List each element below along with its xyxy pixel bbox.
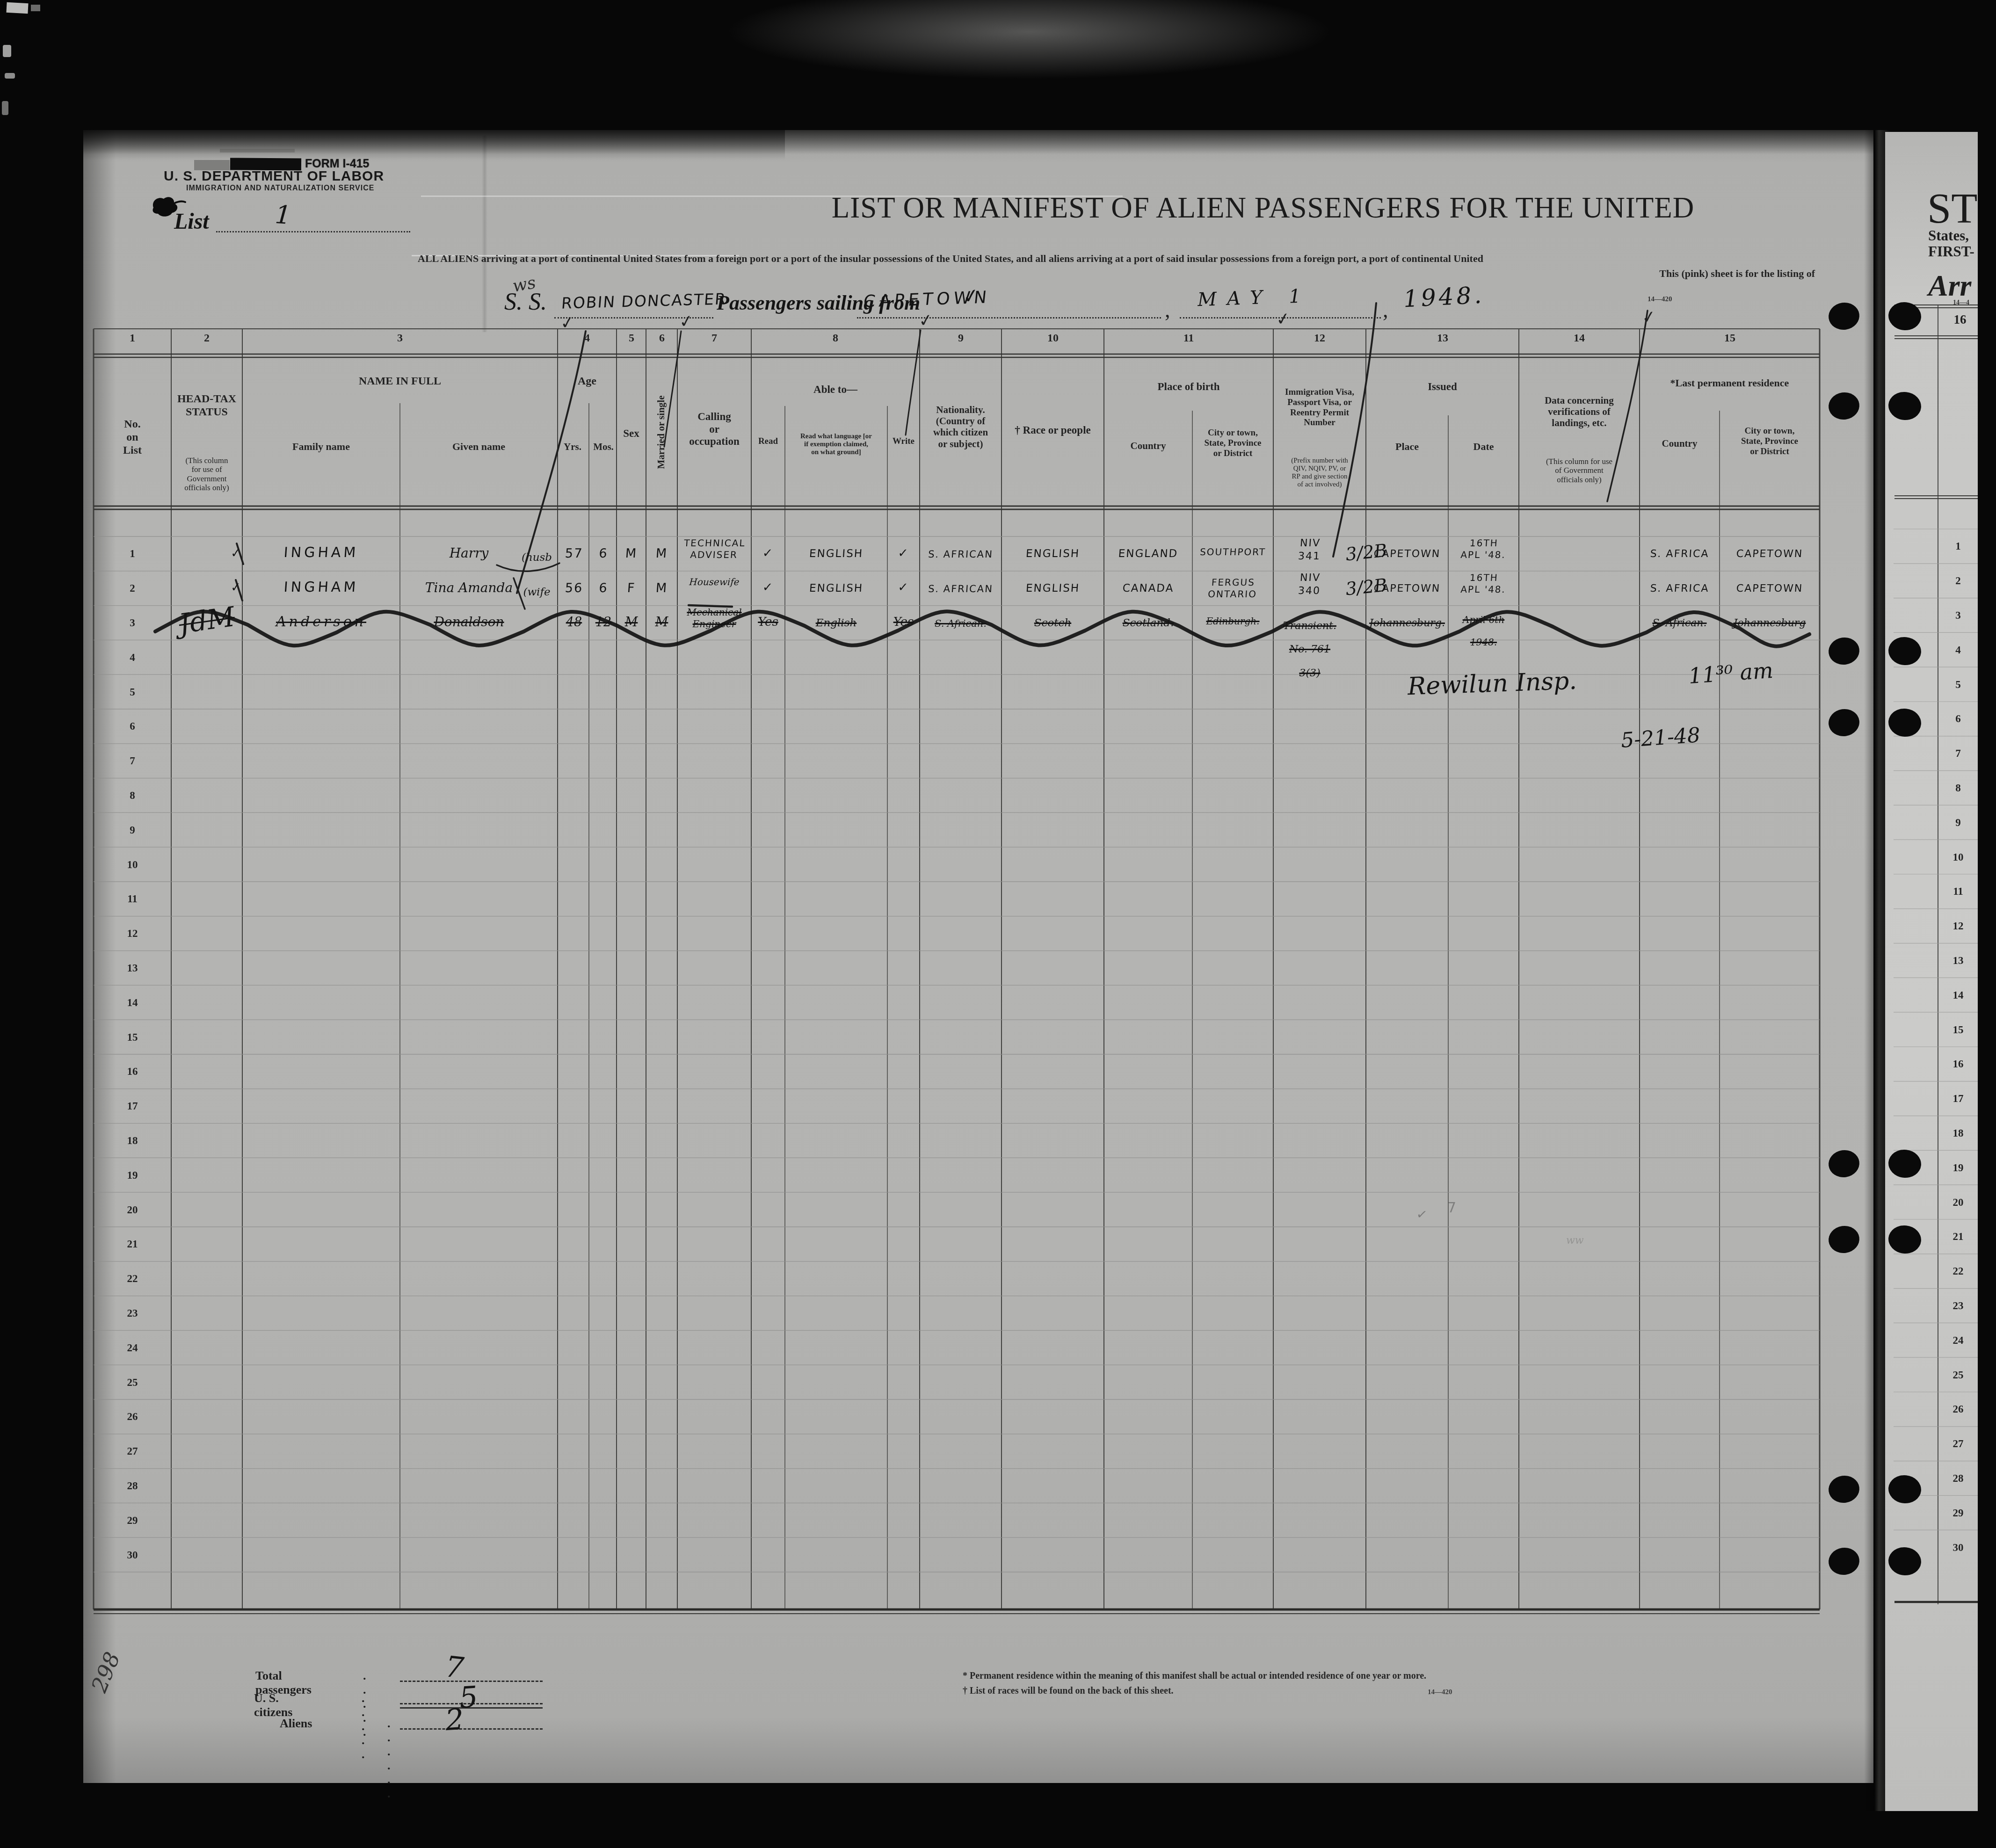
- row-number-left-26: 26: [104, 1411, 160, 1423]
- column-number-10: 10: [1025, 332, 1081, 345]
- header-col-4-title: Age: [558, 375, 617, 388]
- row-number-right-26: 26: [1941, 1403, 1975, 1415]
- column-number-6: 6: [634, 332, 690, 345]
- passenger-2-mos: 6: [590, 581, 617, 595]
- header-col-6-title: Married or single: [655, 371, 667, 493]
- header-col-12-title: Immigration Visa, Passport Visa, or Reen…: [1273, 387, 1366, 428]
- row-number-right-4: 4: [1941, 644, 1975, 656]
- row-number-left-30: 30: [104, 1549, 160, 1561]
- row-number-left-3: 3: [104, 617, 160, 629]
- passenger-1-issued_date: 16TH APL '48.: [1447, 537, 1519, 561]
- row-number-left-18: 18: [104, 1135, 160, 1147]
- row-number-left-28: 28: [104, 1480, 160, 1492]
- row-number-left-27: 27: [104, 1445, 160, 1457]
- row-number-right-16: 16: [1941, 1058, 1975, 1070]
- footnote-2: † List of races will be found on the bac…: [963, 1686, 1174, 1696]
- row-number-right-12: 12: [1941, 920, 1975, 932]
- passenger-3-race: Scotch: [1002, 617, 1104, 629]
- passenger-3-res_city: Johannesburg: [1720, 617, 1820, 629]
- row-number-right-15: 15: [1941, 1024, 1975, 1036]
- passenger-1-language: ENGLISH: [784, 548, 888, 560]
- row-number-left-25: 25: [104, 1377, 160, 1389]
- passenger-3-language: English: [785, 617, 887, 629]
- row-number-left-7: 7: [104, 755, 160, 767]
- row-number-right-25: 25: [1941, 1369, 1975, 1381]
- column-number-8: 8: [807, 332, 864, 345]
- passenger-3-family: Anderson: [242, 614, 400, 630]
- column-number-2: 2: [179, 332, 235, 345]
- row-number-right-30: 30: [1941, 1542, 1975, 1554]
- row-number-right-19: 19: [1941, 1162, 1975, 1174]
- faint-mark-check: ✓: [1415, 1206, 1430, 1223]
- inspector-note-time: 11³⁰ am: [1664, 656, 1797, 690]
- footnote-1: * Permanent residence within the meaning…: [963, 1671, 1426, 1681]
- header-col-8-sub-2: Write: [885, 436, 922, 447]
- passenger-3-headtax: JdM: [169, 600, 244, 641]
- passenger-1-family: INGHAM: [242, 545, 400, 561]
- header-col-15-sub-1: City or town, State, Province or Distric…: [1720, 426, 1820, 457]
- column-number-12: 12: [1292, 332, 1348, 345]
- row-number-right-10: 10: [1941, 851, 1975, 863]
- header-col-5-title: Sex: [608, 428, 654, 440]
- totals-dots-2: . . . . . .: [387, 1717, 393, 1801]
- row-number-left-11: 11: [104, 893, 160, 905]
- row-number-left-21: 21: [104, 1238, 160, 1250]
- passenger-3-issued_date: April 6th 1948.: [1448, 609, 1519, 653]
- row-number-right-6: 6: [1941, 713, 1975, 725]
- passenger-3-issued_place: Johannesburg.: [1366, 617, 1448, 629]
- passenger-2-sex: F: [616, 581, 646, 595]
- column-number-15: 15: [1702, 332, 1758, 345]
- row-number-left-15: 15: [104, 1031, 160, 1044]
- header-col-12-sub: (Prefix number with QIV, NQIV, PV, or RP…: [1268, 457, 1372, 489]
- passenger-3-res_country: S. African.: [1640, 617, 1720, 629]
- passenger-1-res_city: CAPETOWN: [1719, 548, 1820, 560]
- header-col-15-sub-0: Country: [1640, 438, 1720, 449]
- passenger-2-race: ENGLISH: [1001, 582, 1104, 594]
- passenger-3-read: Yes: [751, 616, 785, 630]
- passenger-1-calling: TECHNICAL ADVISER: [676, 537, 752, 561]
- passenger-2-birth_city: FERGUS ONTARIO: [1191, 577, 1274, 600]
- header-col-11-sub-0: Country: [1104, 440, 1192, 451]
- row-number-right-1: 1: [1941, 540, 1975, 552]
- passenger-2-yrs: 56: [557, 581, 591, 595]
- passenger-1-married: M: [646, 546, 678, 561]
- row-number-left-10: 10: [104, 859, 160, 871]
- row-number-right-3: 3: [1941, 609, 1975, 622]
- header-col-4-sub-1: Mos.: [588, 441, 619, 452]
- passenger-2-issued_place: CAPETOWN: [1365, 583, 1449, 594]
- row-number-left-22: 22: [104, 1273, 160, 1285]
- inspector-note-name: Rewilun Insp.: [1337, 665, 1647, 703]
- row-number-left-2: 2: [104, 582, 160, 594]
- passenger-2-res_country: S. AFRICA: [1639, 583, 1720, 594]
- passenger-2-nationality: S. AFRICAN: [919, 583, 1002, 594]
- header-col-4-sub-0: Yrs.: [555, 441, 590, 452]
- passenger-1-write: ✓: [887, 547, 920, 561]
- header-col-11-sub-1: City or town, State, Province or Distric…: [1192, 428, 1273, 459]
- header-col-3-sub-1: Given name: [400, 441, 558, 452]
- passenger-3-married: M: [646, 615, 677, 630]
- header-col-7-title: Calling or occupation: [677, 411, 751, 448]
- row-number-left-17: 17: [104, 1100, 160, 1112]
- column-number-1: 1: [104, 332, 160, 345]
- passenger-1-race: ENGLISH: [1001, 548, 1104, 560]
- column-number-14: 14: [1551, 332, 1607, 345]
- header-col-14-title: Data concerning verifications of landing…: [1519, 395, 1640, 428]
- passenger-1-yrs: 57: [557, 546, 591, 561]
- header-col-14-sub: (This column for use of Government offic…: [1513, 457, 1645, 485]
- row-number-left-13: 13: [104, 962, 160, 974]
- header-col-8-sub-0: Read: [748, 436, 788, 447]
- passenger-3-visa: Transient. No. 761 3(3): [1273, 615, 1346, 686]
- column-number-9: 9: [933, 332, 989, 345]
- header-col-15-title: *Last permanent residence: [1640, 377, 1820, 389]
- column-number-3: 3: [372, 332, 428, 345]
- row-number-right-28: 28: [1941, 1472, 1975, 1485]
- header-col-10-title: † Race or people: [1002, 424, 1104, 436]
- scanned-manifest-page: FORM I-415 U. S. DEPARTMENT OF LABOR IMM…: [0, 0, 1996, 1848]
- header-col-1-title: No. on List: [94, 418, 171, 457]
- header-checkmark: ✓: [917, 310, 935, 331]
- header-col-8-title: Able to—: [751, 384, 920, 396]
- row-number-right-24: 24: [1941, 1334, 1975, 1347]
- row-number-right-5: 5: [1941, 679, 1975, 691]
- header-checkmark: ✓: [1640, 307, 1658, 328]
- column-number-11: 11: [1161, 332, 1217, 345]
- row-number-right-9: 9: [1941, 817, 1975, 829]
- header-checkmark: ✓: [559, 312, 577, 333]
- passenger-1-read: ✓: [751, 547, 785, 561]
- row-number-left-29: 29: [104, 1515, 160, 1527]
- row-number-right-7: 7: [1941, 747, 1975, 760]
- totals-label-2: Aliens: [280, 1717, 312, 1731]
- row-number-left-8: 8: [104, 790, 160, 802]
- row-number-right-18: 18: [1941, 1127, 1975, 1139]
- passenger-3-mos: 12: [590, 615, 617, 630]
- passenger-1-nationality: S. AFRICAN: [919, 549, 1002, 560]
- totals-line-2: [400, 1727, 543, 1730]
- passenger-3-yrs: 48: [558, 615, 590, 630]
- column-number-13: 13: [1415, 332, 1471, 345]
- header-col-11-title: Place of birth: [1104, 381, 1273, 393]
- faint-mark-seven: 7: [1447, 1200, 1457, 1216]
- row-number-right-20: 20: [1941, 1196, 1975, 1209]
- header-col-8-sub-1: Read what language [or if exemption clai…: [785, 433, 887, 457]
- row-number-right-11: 11: [1941, 885, 1975, 898]
- header-col-3-sub-0: Family name: [242, 441, 400, 452]
- row-number-right-17: 17: [1941, 1093, 1975, 1105]
- totals-dots-1: . . . . .: [362, 1691, 368, 1761]
- totals-value-2: 2: [444, 1702, 465, 1738]
- passenger-2-issued_date: 16TH APL '48.: [1447, 572, 1519, 595]
- passenger-2-write: ✓: [887, 581, 920, 595]
- header-col-3-title: NAME IN FULL: [242, 375, 558, 388]
- inspector-note-date: 5-21-48: [1590, 721, 1732, 755]
- passenger-2-language: ENGLISH: [784, 582, 888, 594]
- row-number-right-14: 14: [1941, 989, 1975, 1001]
- row-number-left-20: 20: [104, 1204, 160, 1216]
- passenger-3-write: Yes: [887, 616, 920, 630]
- row-number-left-16: 16: [104, 1065, 160, 1078]
- row-number-left-12: 12: [104, 928, 160, 940]
- passenger-2-family: INGHAM: [242, 580, 400, 596]
- faint-mark-scribble: ww: [1566, 1235, 1584, 1246]
- passenger-3-nationality: S. African.: [920, 618, 1002, 629]
- row-number-left-9: 9: [104, 824, 160, 836]
- header-col-13-sub-1: Date: [1448, 441, 1519, 452]
- passenger-1-birth_country: ENGLAND: [1103, 548, 1193, 560]
- totals-label-1: U. S. citizens: [254, 1691, 292, 1719]
- passenger-1-res_country: S. AFRICA: [1639, 548, 1720, 560]
- passenger-2-res_city: CAPETOWN: [1719, 583, 1820, 594]
- row-number-left-1: 1: [104, 548, 160, 560]
- row-number-left-24: 24: [104, 1342, 160, 1354]
- passenger-2-married: M: [646, 581, 678, 595]
- row-number-left-6: 6: [104, 720, 160, 732]
- passenger-3-calling: Mechanical Engineer: [677, 607, 751, 630]
- row-number-right-2: 2: [1941, 575, 1975, 587]
- passenger-3-given: Donaldson: [400, 615, 538, 630]
- passenger-1-birth_city: SOUTHPORT: [1192, 546, 1274, 558]
- passenger-2-calling: Housewife: [677, 576, 752, 588]
- passenger-1-sex: M: [616, 546, 646, 561]
- passenger-2-birth_country: CANADA: [1103, 582, 1193, 594]
- row-number-right-8: 8: [1941, 782, 1975, 794]
- header-checkmark: ✓: [678, 311, 696, 332]
- header-checkmark: ✓: [1275, 309, 1292, 330]
- row-number-left-23: 23: [104, 1307, 160, 1319]
- row-number-right-21: 21: [1941, 1231, 1975, 1243]
- header-col-2-title: HEAD-TAX STATUS: [171, 393, 242, 419]
- passenger-3-birth_country: Scotland.: [1104, 617, 1192, 629]
- row-number-right-27: 27: [1941, 1438, 1975, 1450]
- row-number-right-13: 13: [1941, 955, 1975, 967]
- passenger-3-sex: M: [617, 615, 646, 630]
- header-col-9-title: Nationality. (Country of which citizen o…: [920, 404, 1002, 449]
- header-col-13-sub-0: Place: [1366, 441, 1448, 452]
- column-number-7: 7: [686, 332, 742, 345]
- row-number-left-14: 14: [104, 997, 160, 1009]
- row-number-left-19: 19: [104, 1169, 160, 1181]
- footnote-code: 14—420: [1428, 1689, 1452, 1696]
- header-col-13-title: Issued: [1366, 381, 1519, 393]
- row-number-right-23: 23: [1941, 1300, 1975, 1312]
- row-number-left-4: 4: [104, 652, 160, 664]
- passenger-2-read: ✓: [751, 581, 785, 595]
- header-col-2-sub: (This column for use of Government offic…: [166, 456, 248, 493]
- passenger-1-mos: 6: [590, 546, 617, 561]
- row-number-right-22: 22: [1941, 1265, 1975, 1277]
- passenger-1-issued_place: CAPETOWN: [1365, 548, 1449, 560]
- totals-value-0: 7: [443, 1649, 465, 1685]
- passenger-3-birth_city: Edinburgh.: [1192, 616, 1273, 627]
- row-number-right-29: 29: [1941, 1507, 1975, 1519]
- table-content: 123456789101112131415✓✓✓✓✓No. on ListHEA…: [0, 0, 1996, 1848]
- row-number-left-5: 5: [104, 686, 160, 698]
